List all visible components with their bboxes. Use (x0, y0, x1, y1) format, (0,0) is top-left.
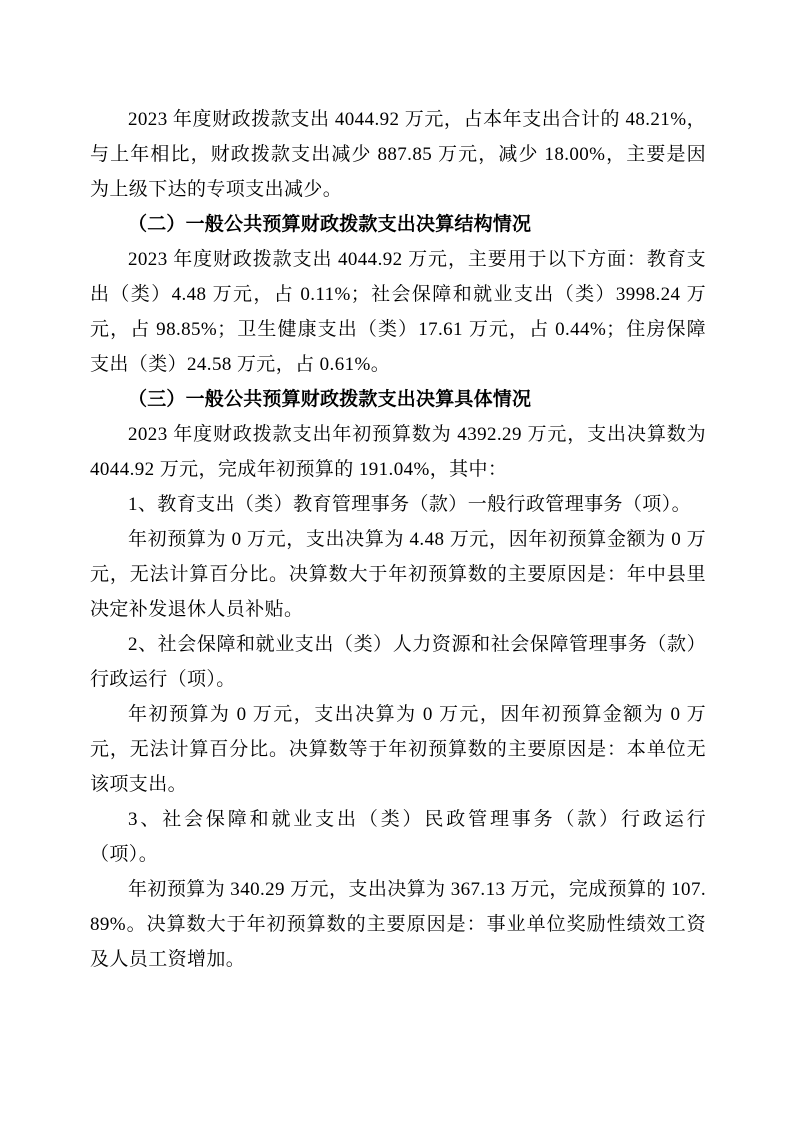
section-heading: （三）一般公共预算财政拨款支出决算具体情况 (90, 382, 706, 417)
paragraph: 年初预算为 0 万元，支出决算为 4.48 万元，因年初预算金额为 0 万元，无… (90, 522, 706, 627)
paragraph: 年初预算为 0 万元，支出决算为 0 万元，因年初预算金额为 0 万元，无法计算… (90, 697, 706, 802)
paragraph: 年初预算为 340.29 万元，支出决算为 367.13 万元，完成预算的 10… (90, 872, 706, 977)
paragraph: 2023 年度财政拨款支出 4044.92 万元，占本年支出合计的 48.21%… (90, 102, 706, 207)
section-heading: （二）一般公共预算财政拨款支出决算结构情况 (90, 207, 706, 242)
paragraph: 1、教育支出（类）教育管理事务（款）一般行政管理事务（项）。 (90, 487, 706, 522)
paragraph: 2023 年度财政拨款支出年初预算数为 4392.29 万元，支出决算数为 40… (90, 417, 706, 487)
document-content: 2023 年度财政拨款支出 4044.92 万元，占本年支出合计的 48.21%… (90, 102, 706, 977)
paragraph: 2、社会保障和就业支出（类）人力资源和社会保障管理事务（款）行政运行（项）。 (90, 627, 706, 697)
paragraph: 3、社会保障和就业支出（类）民政管理事务（款）行政运行（项）。 (90, 802, 706, 872)
paragraph: 2023 年度财政拨款支出 4044.92 万元，主要用于以下方面：教育支出（类… (90, 242, 706, 382)
document-page: 2023 年度财政拨款支出 4044.92 万元，占本年支出合计的 48.21%… (0, 0, 793, 1122)
